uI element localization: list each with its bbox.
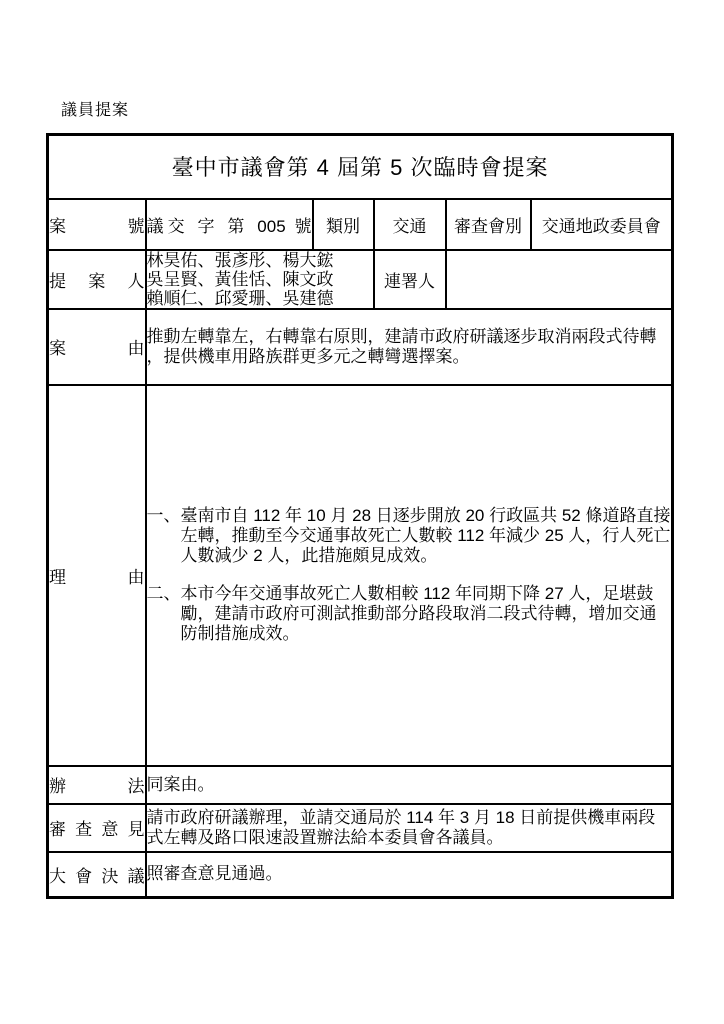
reasons-row: 理 由 一、臺南市自 112 年 10 月 28 日逐步開放 20 行政區共 5…: [48, 385, 673, 766]
document-type-label: 議員提案: [61, 102, 129, 120]
reasons-label: 理 由: [48, 385, 146, 766]
method-value: 同案由。: [146, 766, 673, 804]
proposers-label: 提 案 人: [48, 250, 146, 309]
proposers-value: 林昊佑、張彥彤、楊大鋐 吳呈賢、黃佳恬、陳文政 賴順仁、邱愛珊、吳建德: [146, 250, 374, 309]
title-row: 臺中市議會第 4 屆第 5 次臨時會提案: [48, 135, 673, 199]
method-label: 辦 法: [48, 766, 146, 804]
assembly-resolution-row: 大 會 決 議 照審查意見通過。: [48, 852, 673, 898]
review-opinion-label: 審 查 意 見: [48, 804, 146, 852]
subject-label: 案 由: [48, 309, 146, 385]
category-label: 類別: [313, 199, 374, 250]
cosigners-label: 連署人: [374, 250, 446, 309]
subject-row: 案 由 推動左轉靠左，右轉靠右原則，建請市政府研議逐步取消兩段式待轉，提供機車用…: [48, 309, 673, 385]
case-number-value: 議交 字 第 005 號: [146, 199, 313, 250]
proposal-title: 臺中市議會第 4 屆第 5 次臨時會提案: [48, 135, 673, 199]
reason-item-2: 二、本市今年交通事故死亡人數相較 112 年同期下降 27 人，足堪鼓勵，建請市…: [147, 584, 672, 644]
review-opinion-row: 審 查 意 見 請市政府研議辦理，並請交通局於 114 年 3 月 18 日前提…: [48, 804, 673, 852]
assembly-resolution-value: 照審查意見通過。: [146, 852, 673, 898]
case-number-row: 案 號 議交 字 第 005 號 類別 交通 審查會別 交通地政委員會: [48, 199, 673, 250]
review-committee-label: 審查會別: [446, 199, 531, 250]
proposal-table: 臺中市議會第 4 屆第 5 次臨時會提案 案 號 議交 字 第 005 號 類別…: [46, 133, 674, 899]
case-number-label: 案 號: [48, 199, 146, 250]
method-row: 辦 法 同案由。: [48, 766, 673, 804]
cosigners-value: [446, 250, 673, 309]
reason-item-1: 一、臺南市自 112 年 10 月 28 日逐步開放 20 行政區共 52 條道…: [147, 506, 672, 566]
proposers-row: 提 案 人 林昊佑、張彥彤、楊大鋐 吳呈賢、黃佳恬、陳文政 賴順仁、邱愛珊、吳建…: [48, 250, 673, 309]
review-opinion-value: 請市政府研議辦理，並請交通局於 114 年 3 月 18 日前提供機車兩段式左轉…: [146, 804, 673, 852]
subject-value: 推動左轉靠左，右轉靠右原則，建請市政府研議逐步取消兩段式待轉，提供機車用路族群更…: [146, 309, 673, 385]
review-committee-value: 交通地政委員會: [531, 199, 673, 250]
assembly-resolution-label: 大 會 決 議: [48, 852, 146, 898]
category-value: 交通: [374, 199, 446, 250]
document-page: 議員提案 臺中市議會第 4 屆第 5 次臨時會提案 案 號 議交 字 第 005…: [0, 0, 724, 1024]
reasons-value: 一、臺南市自 112 年 10 月 28 日逐步開放 20 行政區共 52 條道…: [146, 385, 673, 766]
